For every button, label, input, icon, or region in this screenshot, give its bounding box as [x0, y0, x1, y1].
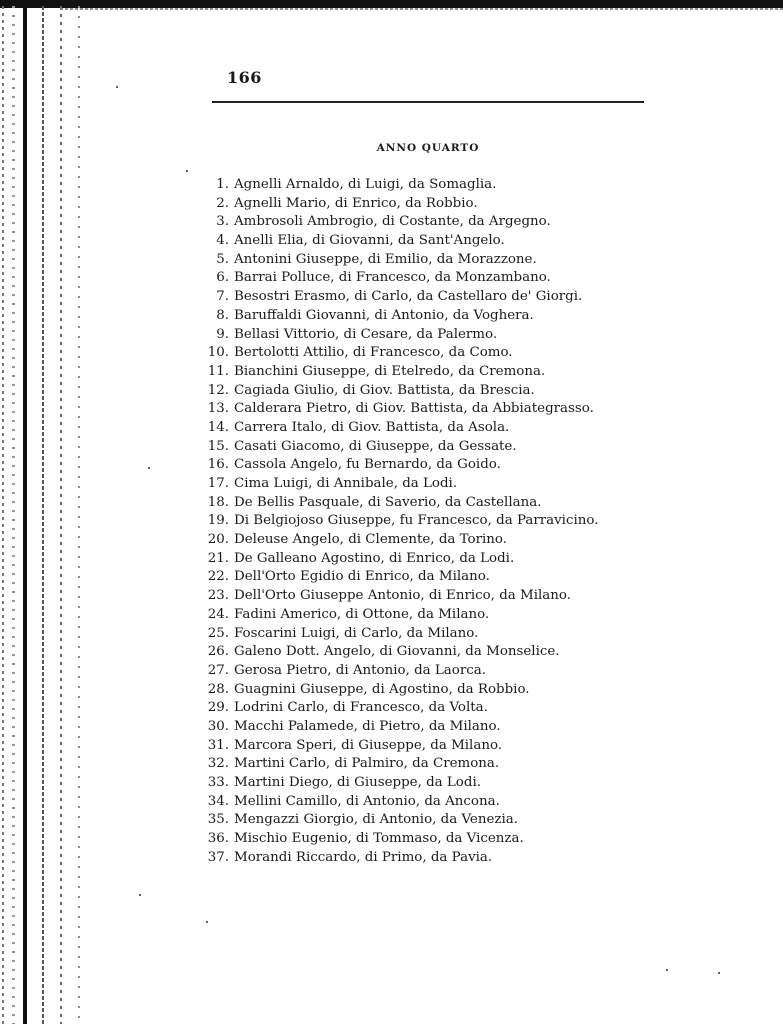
roster-item: 25.Foscarini Luigi, di Carlo, da Milano. [198, 625, 598, 644]
roster-item: 28.Guagnini Giuseppe, di Agostino, da Ro… [198, 681, 598, 700]
roster-entry: Macchi Palamede, di Pietro, da Milano. [234, 718, 501, 737]
roster-entry: Mengazzi Giorgio, di Antonio, da Venezia… [234, 811, 518, 830]
roster-item: 26.Galeno Dott. Angelo, di Giovanni, da … [198, 643, 598, 662]
binding-line [2, 6, 4, 1024]
roster-item: 10.Bertolotti Attilio, di Francesco, da … [198, 344, 598, 363]
roster-item: 14.Carrera Italo, di Giov. Battista, da … [198, 419, 598, 438]
roster-number: 28. [198, 681, 234, 700]
roster-entry: Besostri Erasmo, di Carlo, da Castellaro… [234, 288, 582, 307]
roster-item: 34.Mellini Camillo, di Antonio, da Ancon… [198, 793, 598, 812]
roster-number: 15. [198, 438, 234, 457]
roster-item: 21.De Galleano Agostino, di Enrico, da L… [198, 550, 598, 569]
roster-number: 9. [198, 326, 234, 345]
roster-item: 37.Morandi Riccardo, di Primo, da Pavia. [198, 849, 598, 868]
roster-entry: Foscarini Luigi, di Carlo, da Milano. [234, 625, 478, 644]
roster-number: 21. [198, 550, 234, 569]
roster-number: 26. [198, 643, 234, 662]
roster-item: 29.Lodrini Carlo, di Francesco, da Volta… [198, 699, 598, 718]
roster-item: 36.Mischio Eugenio, di Tommaso, da Vicen… [198, 830, 598, 849]
roster-entry: Barrai Polluce, di Francesco, da Monzamb… [234, 269, 551, 288]
roster-item: 7.Besostri Erasmo, di Carlo, da Castella… [198, 288, 598, 307]
roster-item: 35.Mengazzi Giorgio, di Antonio, da Vene… [198, 811, 598, 830]
roster-item: 31.Marcora Speri, di Giuseppe, da Milano… [198, 737, 598, 756]
roster-item: 19.Di Belgiojoso Giuseppe, fu Francesco,… [198, 512, 598, 531]
roster-number: 16. [198, 456, 234, 475]
roster-item: 6.Barrai Polluce, di Francesco, da Monza… [198, 269, 598, 288]
roster-item: 3.Ambrosoli Ambrogio, di Costante, da Ar… [198, 213, 598, 232]
scan-speck [139, 894, 141, 896]
roster-number: 3. [198, 213, 234, 232]
roster-entry: Bianchini Giuseppe, di Etelredo, da Crem… [234, 363, 545, 382]
roster-number: 36. [198, 830, 234, 849]
roster-number: 18. [198, 494, 234, 513]
roster-item: 22.Dell'Orto Egidio di Enrico, da Milano… [198, 568, 598, 587]
roster-entry: Cassola Angelo, fu Bernardo, da Goido. [234, 456, 501, 475]
scan-speck [148, 467, 150, 469]
roster-entry: Dell'Orto Giuseppe Antonio, di Enrico, d… [234, 587, 571, 606]
roster-entry: Cima Luigi, di Annibale, da Lodi. [234, 475, 457, 494]
roster-item: 20.Deleuse Angelo, di Clemente, da Torin… [198, 531, 598, 550]
scan-top-edge [0, 0, 783, 8]
roster-entry: De Galleano Agostino, di Enrico, da Lodi… [234, 550, 514, 569]
roster-item: 24.Fadini Americo, di Ottone, da Milano. [198, 606, 598, 625]
scan-speck [718, 972, 720, 974]
roster-item: 23.Dell'Orto Giuseppe Antonio, di Enrico… [198, 587, 598, 606]
roster-number: 7. [198, 288, 234, 307]
roster-number: 20. [198, 531, 234, 550]
roster-item: 8.Baruffaldi Giovanni, di Antonio, da Vo… [198, 307, 598, 326]
roster-entry: Mischio Eugenio, di Tommaso, da Vicenza. [234, 830, 524, 849]
header-rule [212, 101, 644, 103]
roster-number: 11. [198, 363, 234, 382]
roster-entry: Deleuse Angelo, di Clemente, da Torino. [234, 531, 507, 550]
student-roster: 1.Agnelli Arnaldo, di Luigi, da Somaglia… [198, 176, 598, 867]
roster-item: 18.De Bellis Pasquale, di Saverio, da Ca… [198, 494, 598, 513]
roster-number: 24. [198, 606, 234, 625]
roster-number: 33. [198, 774, 234, 793]
roster-entry: Martini Diego, di Giuseppe, da Lodi. [234, 774, 481, 793]
roster-item: 5.Antonini Giuseppe, di Emilio, da Moraz… [198, 251, 598, 270]
roster-item: 17.Cima Luigi, di Annibale, da Lodi. [198, 475, 598, 494]
roster-entry: Dell'Orto Egidio di Enrico, da Milano. [234, 568, 490, 587]
roster-entry: Calderara Pietro, di Giov. Battista, da … [234, 400, 594, 419]
roster-entry: Bertolotti Attilio, di Francesco, da Com… [234, 344, 513, 363]
roster-item: 32.Martini Carlo, di Palmiro, da Cremona… [198, 755, 598, 774]
roster-entry: Fadini Americo, di Ottone, da Milano. [234, 606, 489, 625]
roster-number: 2. [198, 195, 234, 214]
roster-entry: Anelli Elia, di Giovanni, da Sant'Angelo… [234, 232, 505, 251]
roster-number: 5. [198, 251, 234, 270]
scan-speck [186, 170, 188, 172]
roster-item: 4.Anelli Elia, di Giovanni, da Sant'Ange… [198, 232, 598, 251]
roster-entry: Di Belgiojoso Giuseppe, fu Francesco, da… [234, 512, 598, 531]
roster-entry: De Bellis Pasquale, di Saverio, da Caste… [234, 494, 541, 513]
book-binding-edge [0, 0, 95, 1024]
roster-item: 33.Martini Diego, di Giuseppe, da Lodi. [198, 774, 598, 793]
roster-entry: Bellasi Vittorio, di Cesare, da Palermo. [234, 326, 497, 345]
roster-item: 16.Cassola Angelo, fu Bernardo, da Goido… [198, 456, 598, 475]
page-number: 166 [227, 68, 262, 87]
roster-item: 12.Cagiada Giulio, di Giov. Battista, da… [198, 382, 598, 401]
roster-entry: Morandi Riccardo, di Primo, da Pavia. [234, 849, 492, 868]
roster-entry: Baruffaldi Giovanni, di Antonio, da Vogh… [234, 307, 534, 326]
roster-number: 37. [198, 849, 234, 868]
roster-item: 13.Calderara Pietro, di Giov. Battista, … [198, 400, 598, 419]
scan-speck [666, 969, 668, 971]
roster-number: 4. [198, 232, 234, 251]
roster-item: 9.Bellasi Vittorio, di Cesare, da Palerm… [198, 326, 598, 345]
roster-number: 6. [198, 269, 234, 288]
roster-number: 23. [198, 587, 234, 606]
roster-number: 35. [198, 811, 234, 830]
roster-entry: Casati Giacomo, di Giuseppe, da Gessate. [234, 438, 517, 457]
roster-number: 34. [198, 793, 234, 812]
roster-item: 30.Macchi Palamede, di Pietro, da Milano… [198, 718, 598, 737]
roster-entry: Lodrini Carlo, di Francesco, da Volta. [234, 699, 488, 718]
roster-number: 14. [198, 419, 234, 438]
roster-number: 10. [198, 344, 234, 363]
roster-entry: Agnelli Mario, di Enrico, da Robbio. [234, 195, 478, 214]
roster-number: 1. [198, 176, 234, 195]
roster-number: 30. [198, 718, 234, 737]
binding-line [23, 6, 27, 1024]
roster-entry: Guagnini Giuseppe, di Agostino, da Robbi… [234, 681, 530, 700]
roster-entry: Galeno Dott. Angelo, di Giovanni, da Mon… [234, 643, 560, 662]
roster-entry: Cagiada Giulio, di Giov. Battista, da Br… [234, 382, 535, 401]
roster-number: 32. [198, 755, 234, 774]
roster-number: 8. [198, 307, 234, 326]
roster-item: 15.Casati Giacomo, di Giuseppe, da Gessa… [198, 438, 598, 457]
roster-item: 11.Bianchini Giuseppe, di Etelredo, da C… [198, 363, 598, 382]
roster-number: 29. [198, 699, 234, 718]
roster-number: 25. [198, 625, 234, 644]
binding-line [42, 6, 44, 1024]
section-title: ANNO QUARTO [212, 142, 644, 154]
binding-line [78, 6, 80, 1024]
roster-entry: Martini Carlo, di Palmiro, da Cremona. [234, 755, 499, 774]
binding-line [60, 6, 62, 1024]
roster-entry: Agnelli Arnaldo, di Luigi, da Somaglia. [234, 176, 496, 195]
roster-entry: Carrera Italo, di Giov. Battista, da Aso… [234, 419, 509, 438]
roster-number: 13. [198, 400, 234, 419]
roster-item: 2.Agnelli Mario, di Enrico, da Robbio. [198, 195, 598, 214]
scan-speck [206, 921, 208, 923]
roster-number: 19. [198, 512, 234, 531]
roster-entry: Gerosa Pietro, di Antonio, da Laorca. [234, 662, 486, 681]
roster-number: 31. [198, 737, 234, 756]
roster-number: 12. [198, 382, 234, 401]
roster-number: 17. [198, 475, 234, 494]
scan-speck [116, 86, 118, 88]
roster-number: 27. [198, 662, 234, 681]
section-title-text: ANNO QUARTO [377, 142, 480, 154]
roster-entry: Mellini Camillo, di Antonio, da Ancona. [234, 793, 500, 812]
roster-item: 27.Gerosa Pietro, di Antonio, da Laorca. [198, 662, 598, 681]
roster-entry: Marcora Speri, di Giuseppe, da Milano. [234, 737, 502, 756]
roster-number: 22. [198, 568, 234, 587]
binding-line [12, 6, 15, 1024]
roster-entry: Antonini Giuseppe, di Emilio, da Morazzo… [234, 251, 537, 270]
roster-entry: Ambrosoli Ambrogio, di Costante, da Arge… [234, 213, 551, 232]
roster-item: 1.Agnelli Arnaldo, di Luigi, da Somaglia… [198, 176, 598, 195]
